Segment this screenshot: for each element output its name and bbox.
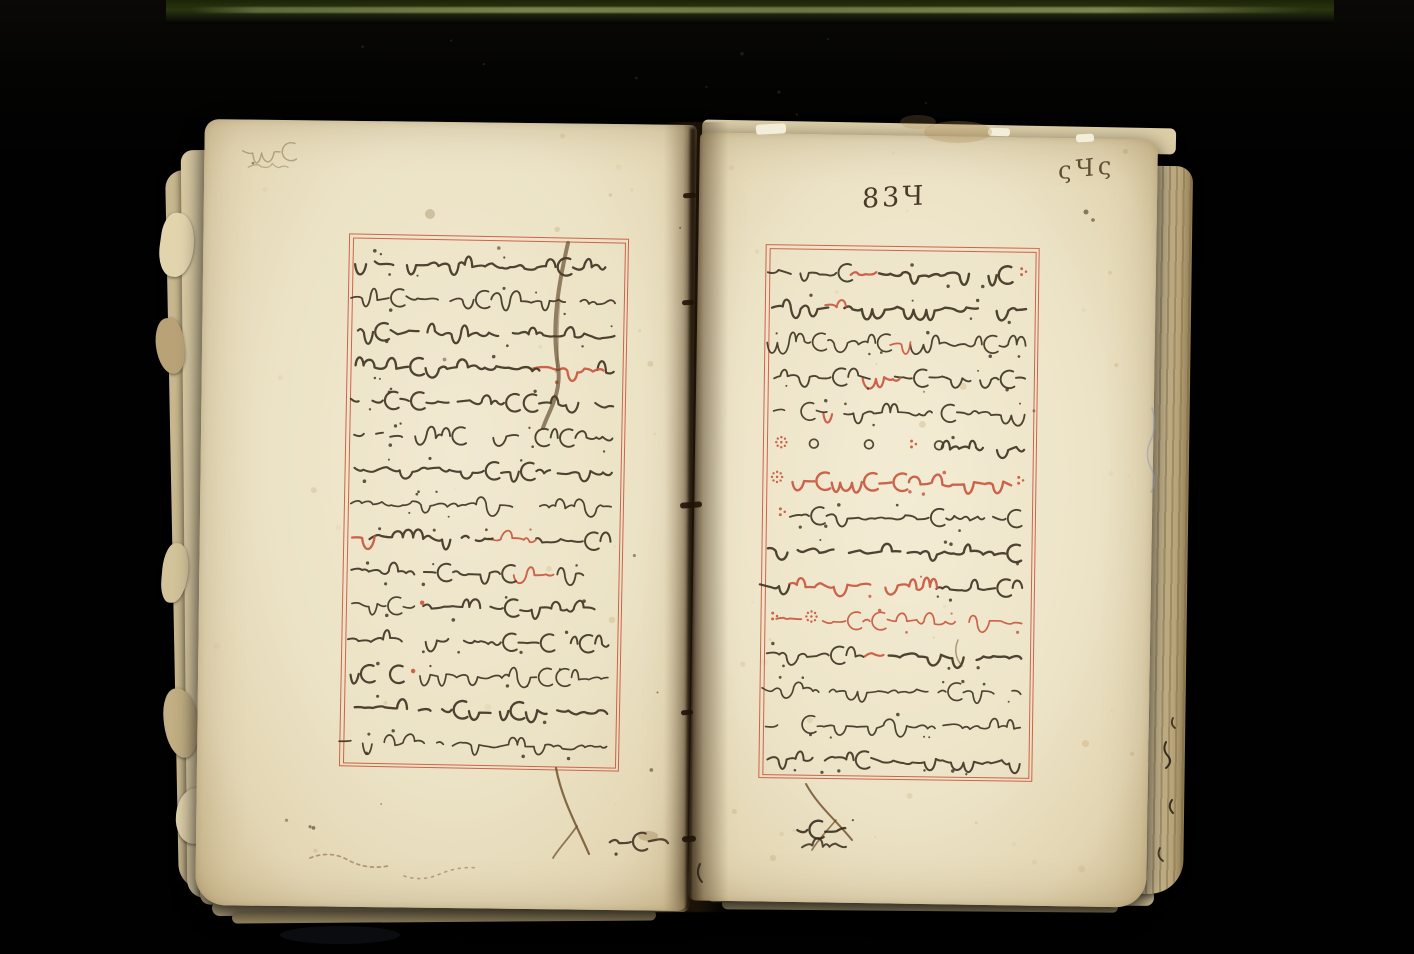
binding-stitch — [682, 836, 696, 843]
script-line — [767, 328, 1026, 358]
script-line — [759, 573, 1022, 602]
script-line — [355, 352, 614, 385]
script-line — [350, 661, 608, 689]
script-line — [350, 386, 613, 415]
binding-stitch — [682, 300, 694, 306]
torn-edge-chip — [1076, 134, 1094, 143]
script-line — [770, 468, 1024, 497]
script-line — [761, 675, 1020, 704]
binding-gutter-shadow — [664, 122, 728, 912]
torn-edge-chip — [988, 128, 1010, 137]
torn-edge-chip — [756, 123, 786, 135]
script-line — [770, 607, 1021, 635]
script-line — [767, 538, 1021, 565]
left-page-script-block — [343, 238, 624, 767]
dust-specks — [361, 38, 927, 116]
left-text-frame-inner-rule — [342, 237, 625, 768]
script-line — [353, 421, 612, 452]
folio-number: 83Ч — [862, 180, 927, 214]
background-light-stripe — [190, 7, 1310, 13]
script-line — [767, 261, 1027, 289]
script-line — [354, 248, 605, 280]
stain-blob — [280, 926, 400, 944]
script-line — [350, 283, 615, 315]
script-line — [350, 488, 611, 520]
right-text-frame — [758, 244, 1039, 782]
right-page-script-block — [763, 249, 1035, 778]
left-text-frame — [339, 233, 629, 771]
script-line — [774, 433, 1023, 458]
binding-stitch — [681, 710, 693, 716]
script-line — [773, 366, 1024, 391]
script-line — [765, 710, 1020, 740]
script-line — [771, 293, 1025, 324]
script-line — [351, 524, 610, 553]
script-line — [773, 398, 1024, 428]
manuscript-photograph: 83Ч ςЧς — [0, 0, 1414, 954]
right-text-frame-inner-rule — [762, 248, 1036, 779]
script-line — [767, 749, 1020, 776]
script-line — [351, 559, 584, 588]
script-line — [338, 728, 606, 761]
script-line — [354, 455, 612, 487]
script-line — [354, 694, 607, 725]
binding-stitch — [683, 193, 696, 199]
script-line — [347, 626, 608, 656]
script-line — [357, 320, 614, 349]
corner-folio-number: ςЧς — [1058, 151, 1115, 185]
script-line — [351, 593, 594, 624]
script-line — [778, 502, 1021, 533]
script-line — [766, 641, 1021, 670]
bottom-page-stack-edge — [232, 910, 656, 924]
